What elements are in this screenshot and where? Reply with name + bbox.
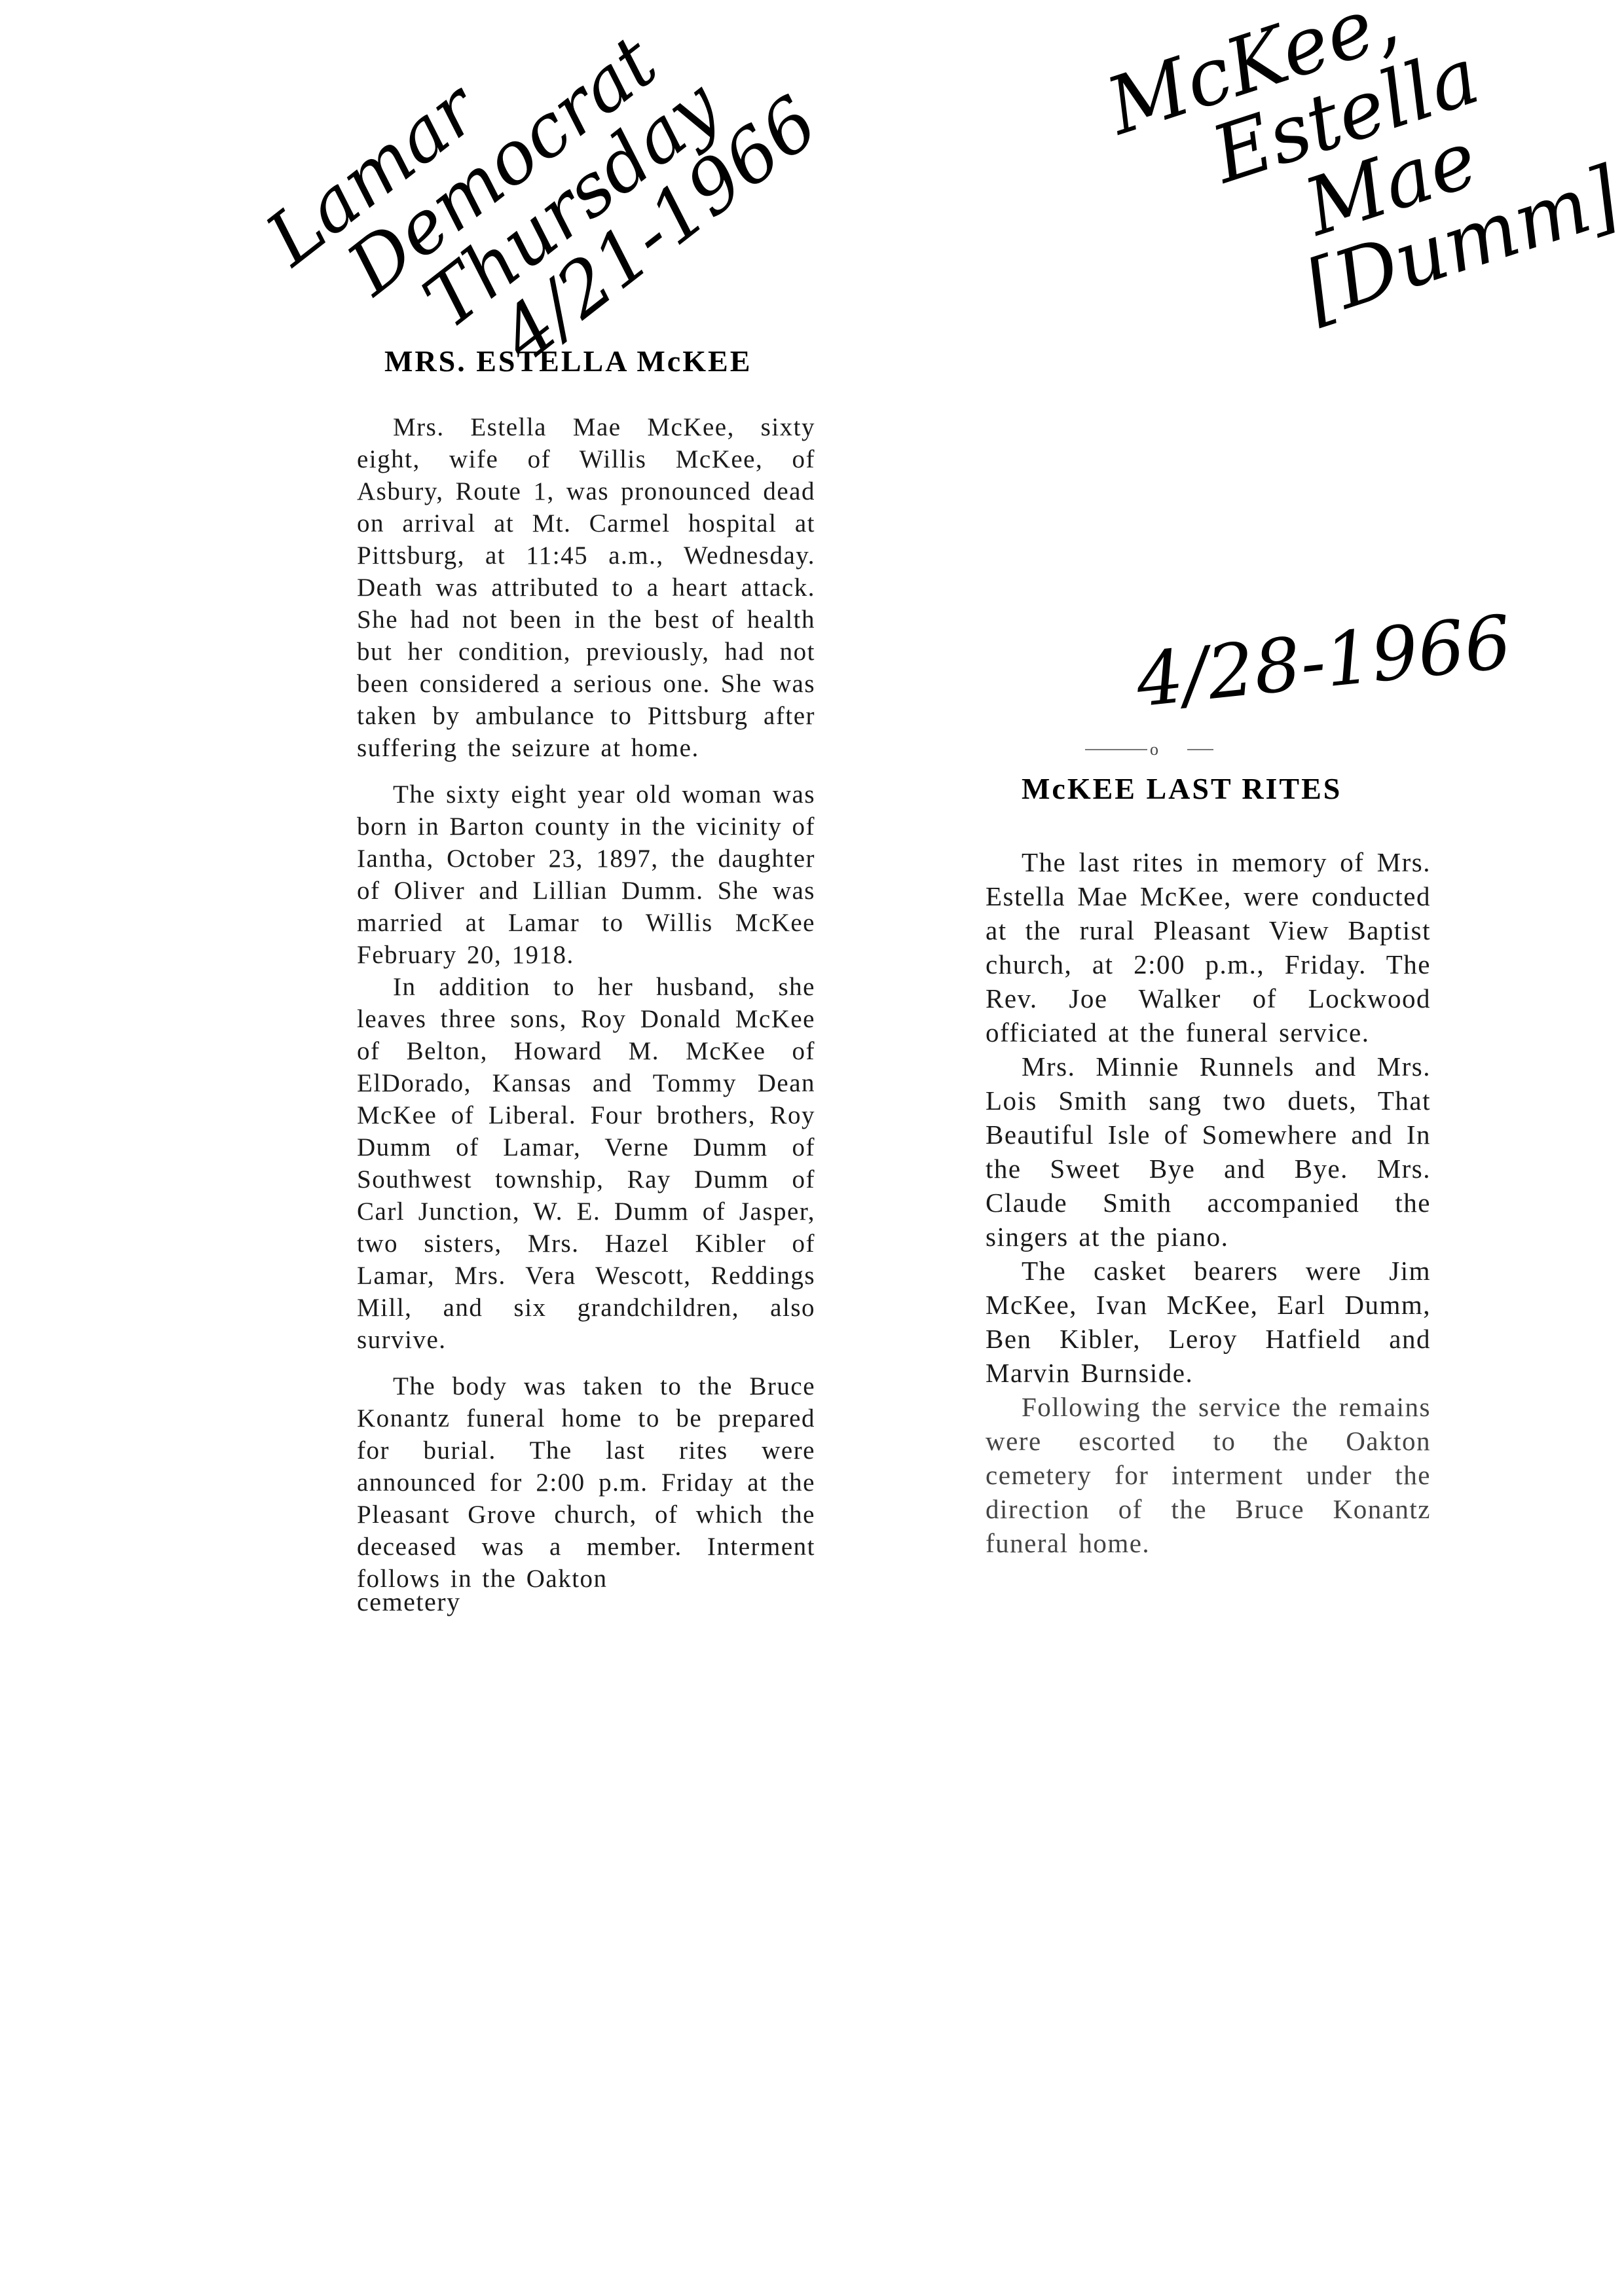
last-rites-paragraph: The casket bearers were Jim McKee, Ivan … [986, 1254, 1431, 1390]
obituary-headline: MRS. ESTELLA McKEE [357, 344, 815, 378]
handwritten-second-date: 4/28-1966 [1133, 606, 1515, 718]
divider-rule [1085, 749, 1147, 750]
obituary-paragraph: In addition to her husband, she leaves t… [357, 971, 815, 1356]
obituary-paragraph: The sixty eight year old woman was born … [357, 778, 815, 971]
last-rites-paragraph: The last rites in memory of Mrs. Estella… [986, 845, 1431, 1049]
last-rites-clipping: o McKEE LAST RITES The last rites in mem… [986, 740, 1431, 1560]
last-rites-headline: McKEE LAST RITES [986, 771, 1431, 806]
last-rites-paragraph: Mrs. Minnie Runnels and Mrs. Lois Smith … [986, 1049, 1431, 1254]
obituary-clipping: MRS. ESTELLA McKEE Mrs. Estella Mae McKe… [357, 344, 815, 1632]
last-rites-paragraph: Following the service the remains were e… [986, 1390, 1431, 1560]
obituary-paragraph: The body was taken to the Bruce Konantz … [357, 1370, 815, 1595]
divider-ornament: o [1150, 740, 1158, 759]
obituary-paragraph: Mrs. Estella Mae McKee, sixty eight, wif… [357, 411, 815, 764]
divider-rule [1187, 749, 1213, 750]
handwritten-name-note: McKee, Estella Mae [Dumm] [1074, 0, 1624, 376]
column-divider: o [986, 740, 1431, 759]
